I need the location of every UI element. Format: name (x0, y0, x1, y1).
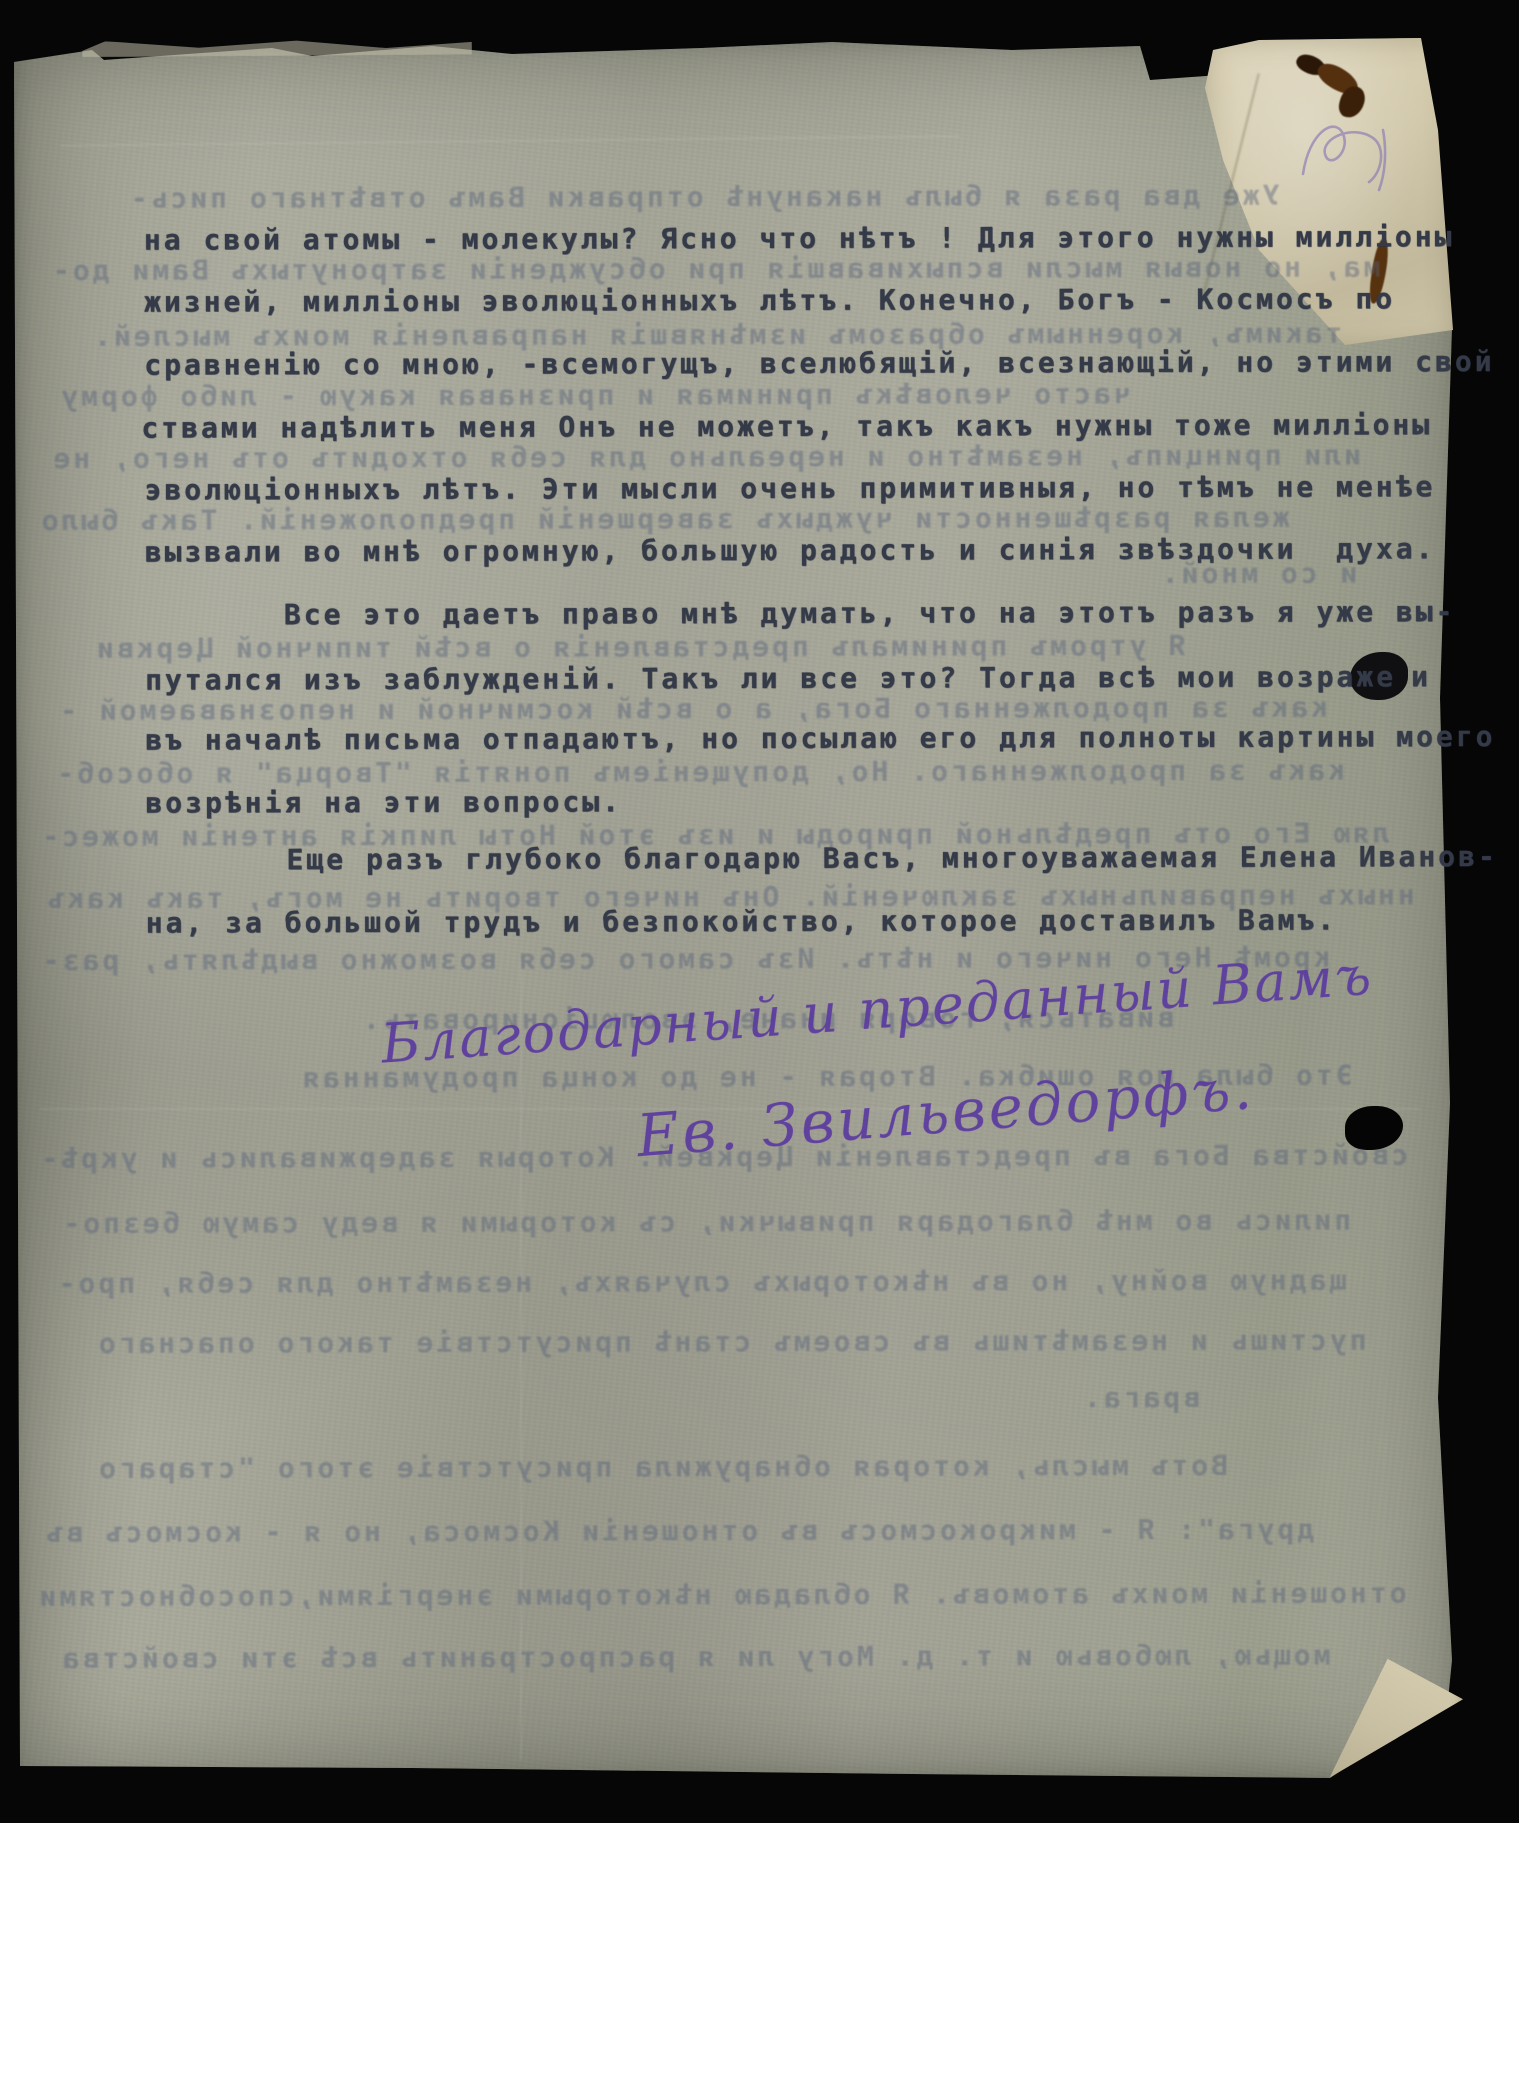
bleed-through-line: друга": Я - микрокосмосъ въ отношеніи Ко… (43, 1513, 1314, 1549)
typed-line: въ началѣ письма отпадаютъ, но посылаю е… (145, 720, 1495, 757)
typed-line: жизней, милліоны эволюціонныхъ лѣтъ. Кон… (144, 282, 1395, 318)
bleed-through-line: Я утромъ принималъ представленія о всѣй … (94, 629, 1186, 665)
typed-line: Еще разъ глубоко благодарю Васъ, многоув… (286, 840, 1497, 876)
typed-line: ствами надѣлить меня Онъ не можетъ, такъ… (141, 408, 1432, 444)
bleed-through-line: пустишь и незамѣтишь въ своемъ станѣ при… (96, 1323, 1367, 1359)
typed-line: сравненію со мною, -всемогущъ, вселюбящі… (144, 345, 1494, 382)
bleed-through-line: щадную войну, но въ нѣкоторыхъ случаяхъ,… (56, 1263, 1347, 1299)
typed-line: вызвали во мнѣ огромную, большую радость… (145, 532, 1436, 568)
typed-line: и (1411, 660, 1431, 693)
typed-line: возрѣнія на эти вопросы. (145, 785, 622, 819)
typed-line: на свой атомы - молекулы? Ясно что нѣтъ … (144, 220, 1455, 256)
bleed-through-line: мощью, любовью и т. д. Могу ли я распрос… (60, 1639, 1331, 1675)
scanned-letter-page: Уже два раза я былъ наканунѣ отправки Ва… (0, 0, 1519, 2086)
bleed-through-line: врага. (1081, 1381, 1200, 1414)
bleed-through-line: пились во мнѣ благодаря привычки, съ кот… (60, 1203, 1351, 1239)
bleed-through-line: часто человѣкъ принимая и признавая каку… (58, 377, 1130, 413)
typed-line: на, за большой трудъ и безпокойство, кот… (146, 903, 1338, 939)
typed-line: путался изъ заблужденій. Такъ ли все это… (145, 660, 1396, 696)
bleed-through-line: какъ за продолженнаго. Но, допущеніемъ п… (54, 753, 1345, 789)
typed-line: эволюціонныхъ лѣтъ. Эти мысли очень прим… (145, 470, 1436, 506)
bleed-through-line: отношеніи моихъ атомовъ. Я обладаю нѣкот… (36, 1576, 1406, 1613)
bleed-through-line: Вотъ мысль, которая обнаружила присутств… (96, 1449, 1228, 1485)
typed-line: Все это даетъ право мнѣ думать, что на э… (284, 595, 1456, 631)
bleed-through-line: Уже два раза я былъ наканунѣ отправки Ва… (128, 179, 1280, 215)
